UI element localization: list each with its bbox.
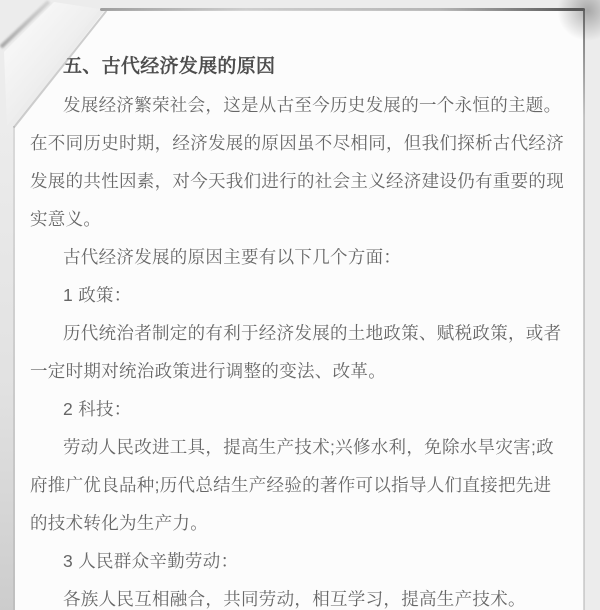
text-line: 古代经济发展的原因主要有以下几个方面： [30, 238, 575, 276]
document-heading: 五、古代经济发展的原因 [30, 48, 575, 86]
text-line: 3 人民群众辛勤劳动： [30, 542, 575, 580]
text-line: 劳动人民改进工具，提高生产技术;兴修水利，免除水旱灾害;政 [30, 428, 575, 466]
screenshot-canvas: 五、古代经济发展的原因 发展经济繁荣社会，这是从古至今历史发展的一个永恒的主题。… [0, 0, 600, 610]
document-content: 五、古代经济发展的原因 发展经济繁荣社会，这是从古至今历史发展的一个永恒的主题。… [30, 48, 575, 610]
text-line: 在不同历史时期，经济发展的原因虽不尽相同，但我们探析古代经济 [30, 124, 575, 162]
text-line: 各族人民互相融合，共同劳动，相互学习，提高生产技术。 [30, 580, 575, 610]
text-line: 1 政策： [30, 276, 575, 314]
text-line: 历代统治者制定的有利于经济发展的土地政策、赋税政策，或者 [30, 314, 575, 352]
left-background-shadow [0, 120, 14, 610]
text-line: 2 科技： [30, 390, 575, 428]
text-line: 府推广优良品种;历代总结生产经验的著作可以指导人们直接把先进 [30, 466, 575, 504]
text-line: 实意义。 [30, 200, 575, 238]
text-line: 发展经济繁荣社会，这是从古至今历史发展的一个永恒的主题。 [30, 86, 575, 124]
text-line: 发展的共性因素，对今天我们进行的社会主义经济建设仍有重要的现 [30, 162, 575, 200]
text-line: 的技术转化为生产力。 [30, 504, 575, 542]
paper-page: 五、古代经济发展的原因 发展经济繁荣社会，这是从古至今历史发展的一个永恒的主题。… [13, 10, 584, 610]
text-line: 一定时期对统治政策进行调整的变法、改革。 [30, 352, 575, 390]
